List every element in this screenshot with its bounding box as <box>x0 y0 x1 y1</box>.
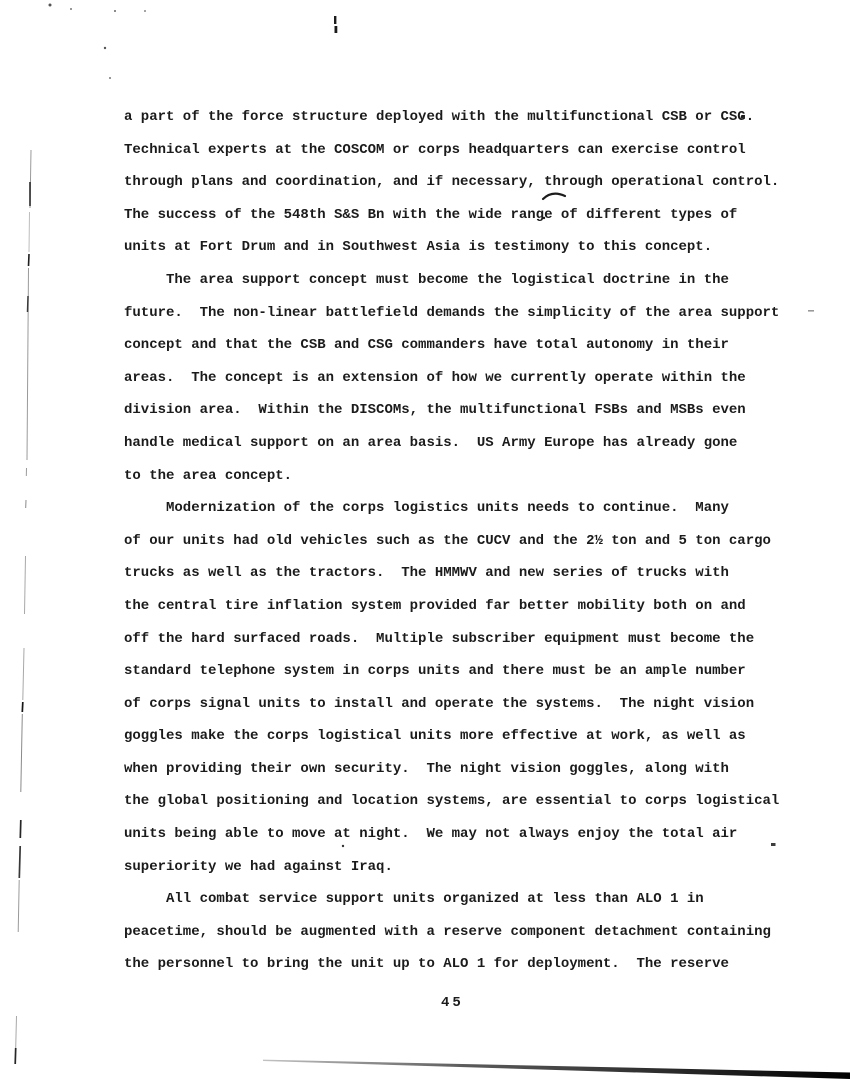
text-line: units at Fort Drum and in Southwest Asia… <box>124 231 824 264</box>
text-line: division area. Within the DISCOMs, the m… <box>124 394 824 427</box>
text-line: through plans and coordination, and if n… <box>124 166 824 199</box>
text-line: All combat service support units organiz… <box>124 883 824 916</box>
body-text: a part of the force structure deployed w… <box>124 101 824 981</box>
text-line: to the area concept. <box>124 460 824 493</box>
text-line: The success of the 548th S&S Bn with the… <box>124 199 824 232</box>
text-line: the central tire inflation system provid… <box>124 590 824 623</box>
text-line: standard telephone system in corps units… <box>124 655 824 688</box>
text-line: trucks as well as the tractors. The HMMW… <box>124 557 824 590</box>
text-line: the global positioning and location syst… <box>124 785 824 818</box>
page-number: 45 <box>441 995 464 1011</box>
top-center-mark <box>334 16 337 33</box>
text-line: units being able to move at night. We ma… <box>124 818 824 851</box>
text-line: Technical experts at the COSCOM or corps… <box>124 134 824 167</box>
text-line: superiority we had against Iraq. <box>124 851 824 884</box>
text-line: peacetime, should be augmented with a re… <box>124 916 824 949</box>
text-line: future. The non-linear battlefield deman… <box>124 297 824 330</box>
text-line: of corps signal units to install and ope… <box>124 688 824 721</box>
text-line: a part of the force structure deployed w… <box>124 101 824 134</box>
text-line: off the hard surfaced roads. Multiple su… <box>124 623 824 656</box>
text-line: when providing their own security. The n… <box>124 753 824 786</box>
text-line: handle medical support on an area basis.… <box>124 427 824 460</box>
scanned-document-page: a part of the force structure deployed w… <box>0 0 850 1082</box>
text-line: The area support concept must become the… <box>124 264 824 297</box>
text-line: Modernization of the corps logistics uni… <box>124 492 824 525</box>
text-line: areas. The concept is an extension of ho… <box>124 362 824 395</box>
bottom-scan-line <box>263 1060 850 1079</box>
text-line: of our units had old vehicles such as th… <box>124 525 824 558</box>
left-margin-scratch-line <box>15 150 31 1064</box>
text-line: concept and that the CSB and CSG command… <box>124 329 824 362</box>
text-line: goggles make the corps logistical units … <box>124 720 824 753</box>
text-line: the personnel to bring the unit up to AL… <box>124 948 824 981</box>
